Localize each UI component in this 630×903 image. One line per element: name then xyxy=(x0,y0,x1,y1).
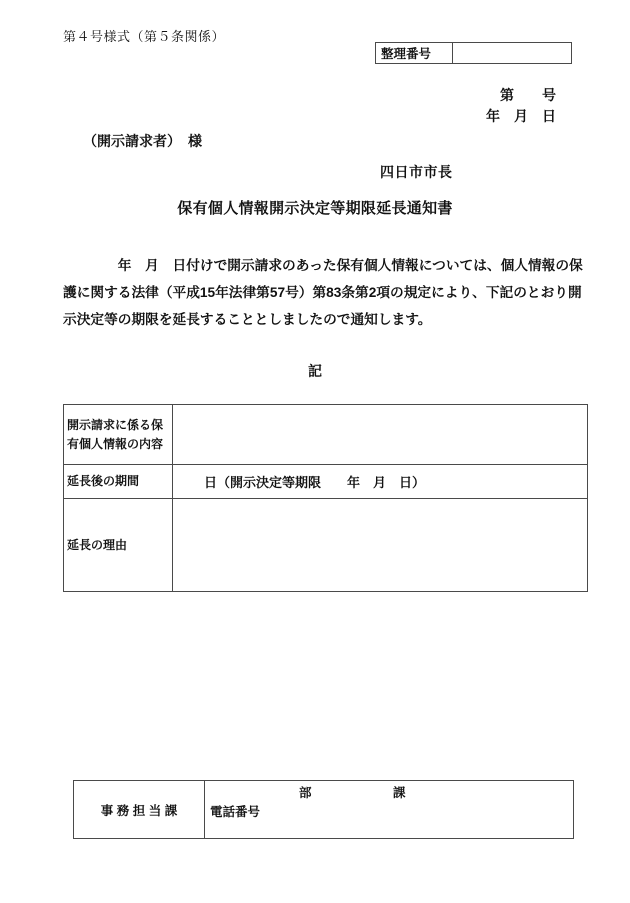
document-title: 保有個人情報開示決定等期限延長通知書 xyxy=(0,197,630,218)
reference-number-table: 整理番号 xyxy=(375,42,572,64)
contact-table: 事 務 担 当 課 部 課 電話番号 xyxy=(73,780,574,839)
row-label-personal-info-content: 開示請求に係る保有個人情報の内容 xyxy=(64,405,173,465)
recipient-line: （開示請求者） 様 xyxy=(83,131,202,151)
contact-value-cell: 部 課 電話番号 xyxy=(205,781,574,839)
section-suffix: 課 xyxy=(393,786,406,800)
reference-number-value xyxy=(453,43,572,64)
document-number-block: 第 号 年 月 日 xyxy=(486,85,556,127)
body-paragraph: 年 月 日付けで開示請求のあった保有個人情報については、個人情報の保 護に関する… xyxy=(63,252,575,333)
department-suffix: 部 xyxy=(299,786,312,800)
body-line-3: 示決定等の期限を延長することとしましたので通知します。 xyxy=(63,306,575,333)
form-number: 第４号様式（第５条関係） xyxy=(63,26,225,45)
row-label-extension-reason: 延長の理由 xyxy=(64,499,173,592)
table-row-period: 延長後の期間 日（開示決定等期限 年 月 日） xyxy=(64,465,588,499)
date-line: 年 月 日 xyxy=(486,106,556,127)
reference-number-label: 整理番号 xyxy=(376,43,453,64)
body-line-2: 護に関する法律（平成15年法律第57号）第83条第2項の規定により、下記のとおり… xyxy=(63,279,575,306)
body-line-1: 年 月 日付けで開示請求のあった保有個人情報については、個人情報の保 xyxy=(63,252,575,279)
contact-row: 事 務 担 当 課 部 課 電話番号 xyxy=(74,781,574,839)
document-page: 第４号様式（第５条関係） 整理番号 第 号 年 月 日 （開示請求者） 様 四日… xyxy=(0,0,630,903)
document-number-line: 第 号 xyxy=(486,85,556,106)
details-table: 開示請求に係る保有個人情報の内容 延長後の期間 日（開示決定等期限 年 月 日）… xyxy=(63,404,588,592)
contact-department-label: 事 務 担 当 課 xyxy=(74,781,205,839)
record-marker: 記 xyxy=(0,361,630,381)
reference-number-row: 整理番号 xyxy=(376,43,572,64)
phone-label: 電話番号 xyxy=(210,803,568,822)
row-label-extended-period: 延長後の期間 xyxy=(64,465,173,499)
table-row-reason: 延長の理由 xyxy=(64,499,588,592)
department-section-line: 部 課 xyxy=(210,784,568,803)
row-value-extension-reason xyxy=(173,499,588,592)
row-value-extended-period: 日（開示決定等期限 年 月 日） xyxy=(173,465,588,499)
table-row-content: 開示請求に係る保有個人情報の内容 xyxy=(64,405,588,465)
sender-name: 四日市市長 xyxy=(380,162,453,182)
row-value-personal-info-content xyxy=(173,405,588,465)
